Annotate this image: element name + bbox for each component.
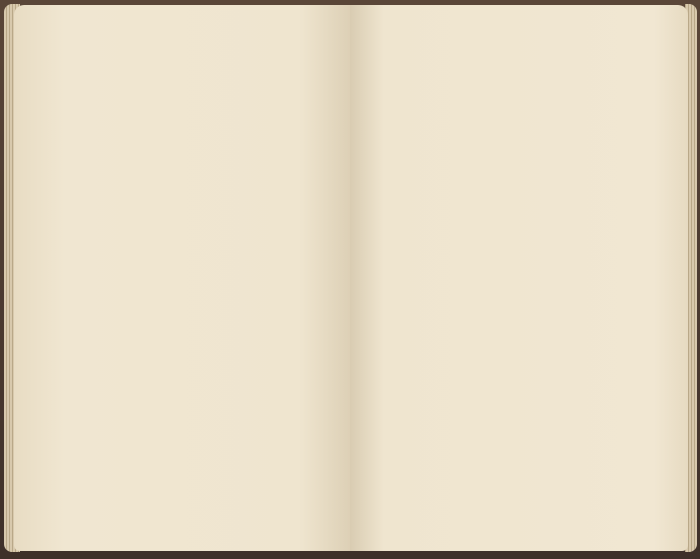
right-page [350,5,688,551]
open-book [0,0,700,559]
left-page [14,5,350,551]
